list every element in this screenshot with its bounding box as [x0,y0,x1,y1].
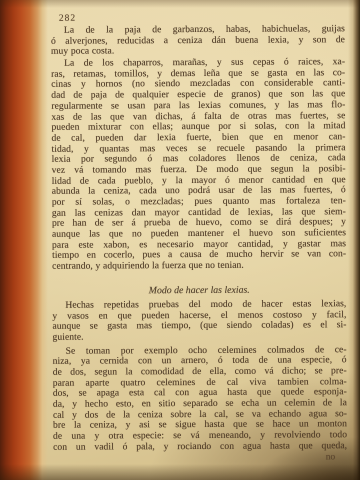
paragraph: La de la paja de garbanzos, habas, habic… [51,24,345,58]
text-line: muy poca costa. [51,46,345,58]
text-line: aunque se gasta mas tiempo, (que siendo … [52,320,346,332]
catchword: no [53,453,347,465]
book-page: 282 La de la paja de garbanzos, habas, h… [0,0,360,480]
page-shadow-top [0,0,360,8]
text-line: centrando, y adquiriendo la fuerza que n… [52,260,346,272]
page-edge-right [348,0,360,480]
paragraph: La de los chaparros, marañas, y sus cepa… [51,57,346,272]
page-content: 282 La de la paja de garbanzos, habas, h… [51,9,347,464]
text-line: con un vadil ó pala, y rociando con agua… [53,441,347,453]
text-line: ó alverjones, reducidas a ceniza dán bue… [51,35,345,47]
text-line: guiente. [53,331,347,343]
section-heading: Modo de hacer las lexias. [52,284,346,297]
page-number: 282 [59,12,345,23]
binding-edge [0,0,48,480]
paragraph: Hechas repetidas pruebas del modo de hac… [52,299,346,343]
paragraph: Se toman por exemplo ocho celemines colm… [53,345,348,453]
text-line: tiempo en cocerlo, pues a causa de mucho… [52,250,346,262]
